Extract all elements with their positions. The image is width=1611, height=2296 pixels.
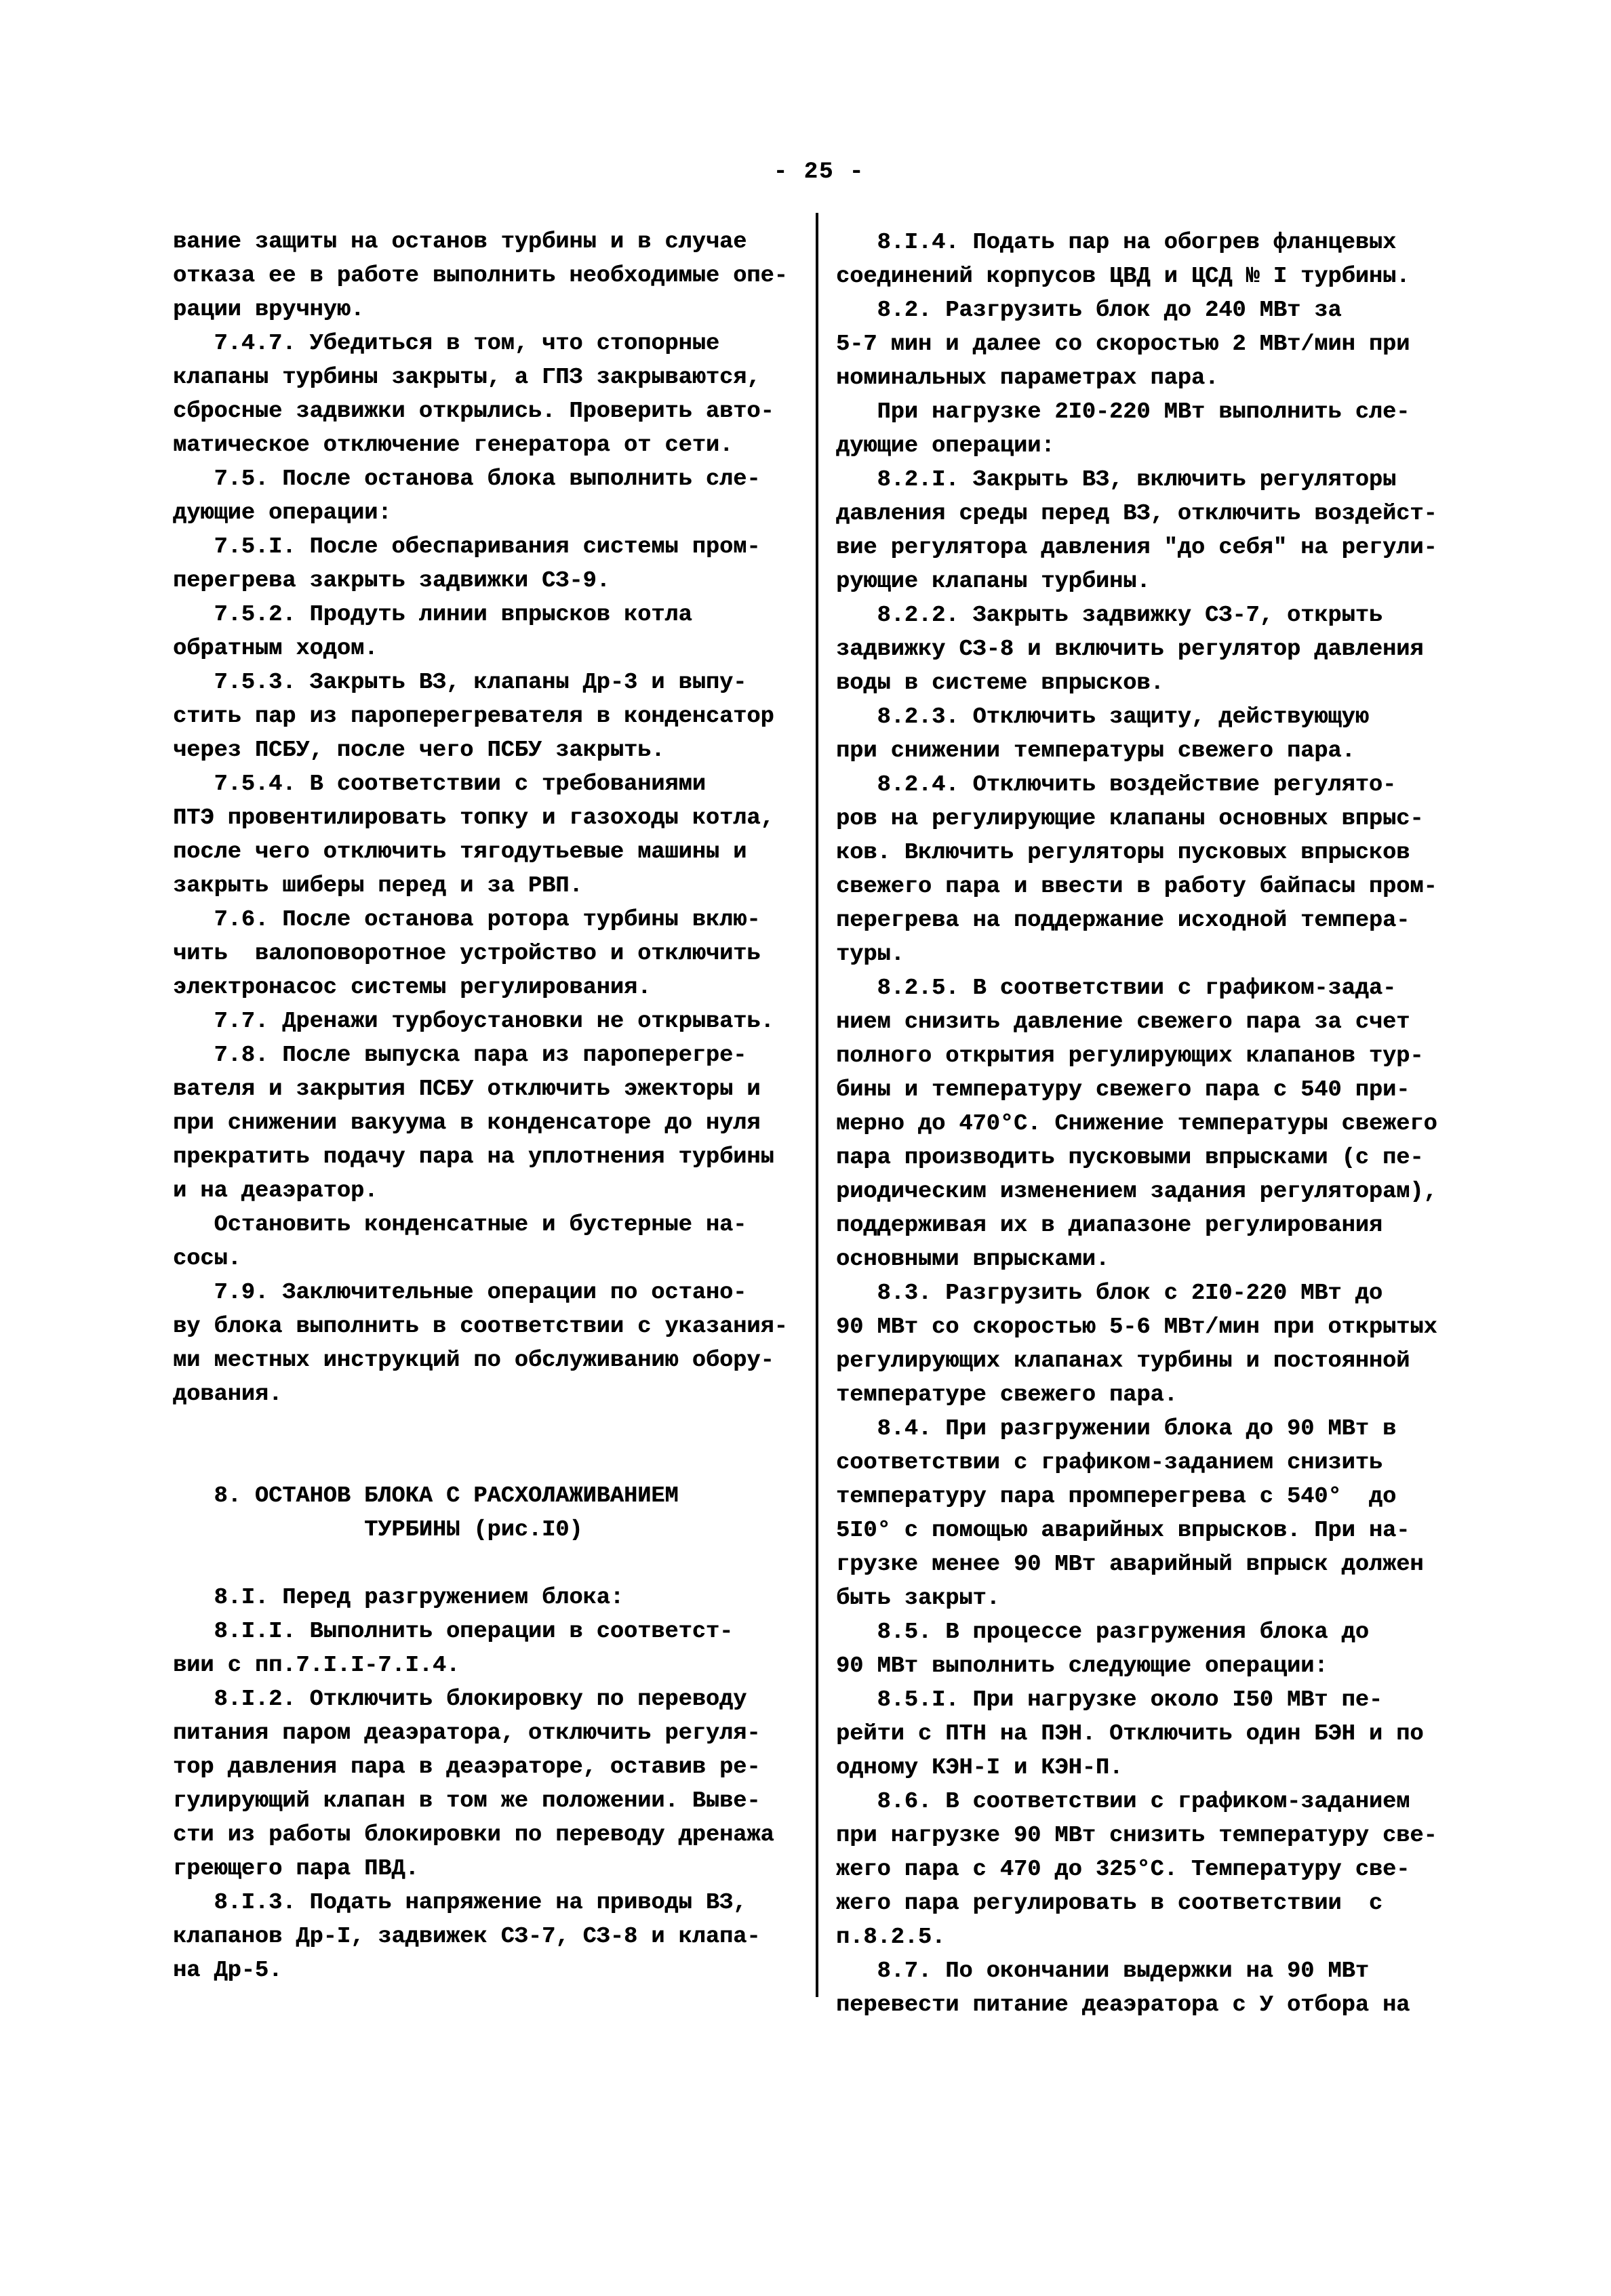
text-line: при снижении температуры свежего пара. <box>836 734 1473 768</box>
text-line: вание защиты на останов турбины и в случ… <box>173 225 810 259</box>
text-line: 8.6. В соответствии с графиком-заданием <box>836 1785 1473 1819</box>
text-line: риодическим изменением задания регулятор… <box>836 1175 1473 1209</box>
text-line: сти из работы блокировки по переводу дре… <box>173 1818 810 1852</box>
text-line: 8.2. Разгрузить блок до 240 МВт за <box>836 294 1473 327</box>
text-line: 8.I.2. Отключить блокировку по переводу <box>173 1683 810 1716</box>
page-number: - 25 - <box>738 159 900 186</box>
text-line: рации вручную. <box>173 293 810 327</box>
text-line: вателя и закрытия ПСБУ отключить эжектор… <box>173 1072 810 1106</box>
text-line: 7.6. После останова ротора турбины вклю- <box>173 903 810 937</box>
text-line: туры. <box>836 938 1473 971</box>
text-line: соответствии с графиком-заданием снизить <box>836 1446 1473 1480</box>
text-line: ми местных инструкций по обслуживанию об… <box>173 1344 810 1377</box>
text-line: 7.5.2. Продуть линии впрысков котла <box>173 598 810 632</box>
text-line: грузке менее 90 МВт аварийный впрыск дол… <box>836 1548 1473 1582</box>
text-line: 8.3. Разгрузить блок с 2I0-220 МВт до <box>836 1276 1473 1310</box>
text-line: 5I0° с помощью аварийных впрысков. При н… <box>836 1514 1473 1548</box>
text-line: Остановить конденсатные и бустерные на- <box>173 1208 810 1242</box>
text-line: быть закрыт. <box>836 1582 1473 1615</box>
text-line: жего пара с 470 до 325°С. Температуру св… <box>836 1853 1473 1887</box>
right-column: 8.I.4. Подать пар на обогрев фланцевыхсо… <box>836 226 1473 2022</box>
text-line: тор давления пара в деаэраторе, оставив … <box>173 1750 810 1784</box>
text-line: 7.5.I. После обеспаривания системы пром- <box>173 530 810 564</box>
text-line: 7.5. После останова блока выполнить сле- <box>173 462 810 496</box>
text-line: 8.2.4. Отключить воздействие регулято- <box>836 768 1473 802</box>
text-line: перегрева закрыть задвижки СЗ-9. <box>173 564 810 598</box>
text-line: соединений корпусов ЦВД и ЦСД № I турбин… <box>836 260 1473 294</box>
column-divider <box>816 213 818 1997</box>
text-line: 8.7. По окончании выдержки на 90 МВт <box>836 1954 1473 1988</box>
text-line <box>173 1445 810 1479</box>
text-line: номинальных параметрах пара. <box>836 361 1473 395</box>
text-line: после чего отключить тягодутьевые машины… <box>173 835 810 869</box>
text-line: стить пар из пароперегревателя в конденс… <box>173 700 810 733</box>
text-line: бины и температуру свежего пара с 540 пр… <box>836 1073 1473 1107</box>
text-line: 7.8. После выпуска пара из пароперегре- <box>173 1039 810 1072</box>
text-line: нием снизить давление свежего пара за сч… <box>836 1005 1473 1039</box>
text-line: сосы. <box>173 1242 810 1276</box>
text-line: давления среды перед ВЗ, отключить возде… <box>836 497 1473 531</box>
text-line: 8.2.3. Отключить защиту, действующую <box>836 700 1473 734</box>
text-line: гулирующий клапан в том же положении. Вы… <box>173 1784 810 1818</box>
text-line: 8.I. Перед разгружением блока: <box>173 1581 810 1615</box>
text-line: температуре свежего пара. <box>836 1378 1473 1412</box>
text-line: вие регулятора давления "до себя" на рег… <box>836 531 1473 565</box>
text-line: через ПСБУ, после чего ПСБУ закрыть. <box>173 733 810 767</box>
text-line: закрыть шиберы перед и за РВП. <box>173 869 810 903</box>
text-line: 5-7 мин и далее со скоростью 2 МВт/мин п… <box>836 327 1473 361</box>
text-line: перевести питание деаэратора с У отбора … <box>836 1988 1473 2022</box>
text-line: отказа ее в работе выполнить необходимые… <box>173 259 810 293</box>
text-line: 8.4. При разгружении блока до 90 МВт в <box>836 1412 1473 1446</box>
text-line: п.8.2.5. <box>836 1920 1473 1954</box>
text-line: сбросные задвижки открылись. Проверить а… <box>173 395 810 428</box>
left-column: вание защиты на останов турбины и в случ… <box>173 225 810 1988</box>
text-line: перегрева на поддержание исходной темпер… <box>836 904 1473 938</box>
text-line: электронасос системы регулирования. <box>173 971 810 1005</box>
text-line: при нагрузке 90 МВт снизить температуру … <box>836 1819 1473 1853</box>
text-line: воды в системе впрысков. <box>836 666 1473 700</box>
text-line: рейти с ПТН на ПЭН. Отключить один БЭН и… <box>836 1717 1473 1751</box>
text-line: полного открытия регулирующих клапанов т… <box>836 1039 1473 1073</box>
text-line: 90 МВт со скоростью 5-6 МВт/мин при откр… <box>836 1310 1473 1344</box>
text-line <box>173 1411 810 1445</box>
text-line: клапаны турбины закрыты, а ГПЗ закрывают… <box>173 361 810 395</box>
text-line: ков. Включить регуляторы пусковых впрыск… <box>836 836 1473 870</box>
text-line: вии с пп.7.I.I-7.I.4. <box>173 1649 810 1683</box>
text-line: рующие клапаны турбины. <box>836 565 1473 599</box>
text-line: на Др-5. <box>173 1954 810 1988</box>
text-line: дования. <box>173 1377 810 1411</box>
text-line: дующие операции: <box>173 496 810 530</box>
text-line: 7.4.7. Убедиться в том, что стопорные <box>173 327 810 361</box>
text-line: дующие операции: <box>836 429 1473 463</box>
text-line: задвижку СЗ-8 и включить регулятор давле… <box>836 632 1473 666</box>
text-line: ТУРБИНЫ (рис.I0) <box>173 1513 810 1547</box>
text-line: свежего пара и ввести в работу байпасы п… <box>836 870 1473 904</box>
text-line: ву блока выполнить в соответствии с указ… <box>173 1310 810 1344</box>
text-line: 7.5.4. В соответствии с требованиями <box>173 767 810 801</box>
text-line: 8. ОСТАНОВ БЛОКА С РАСХОЛАЖИВАНИЕМ <box>173 1479 810 1513</box>
text-line: одному КЭН-I и КЭН-П. <box>836 1751 1473 1785</box>
text-line: мерно до 470°С. Снижение температуры све… <box>836 1107 1473 1141</box>
text-line: и на деаэратор. <box>173 1174 810 1208</box>
text-line: 90 МВт выполнить следующие операции: <box>836 1649 1473 1683</box>
text-line: 8.2.2. Закрыть задвижку СЗ-7, открыть <box>836 599 1473 632</box>
text-line: матическое отключение генератора от сети… <box>173 428 810 462</box>
text-line: 7.7. Дренажи турбоустановки не открывать… <box>173 1005 810 1039</box>
text-line: чить валоповоротное устройство и отключи… <box>173 937 810 971</box>
text-line: ров на регулирующие клапаны основных впр… <box>836 802 1473 836</box>
text-line: при снижении вакуума в конденсаторе до н… <box>173 1106 810 1140</box>
text-line: основными впрысками. <box>836 1243 1473 1276</box>
text-line <box>173 1547 810 1581</box>
text-line: При нагрузке 2I0-220 МВт выполнить сле- <box>836 395 1473 429</box>
text-line: 8.I.3. Подать напряжение на приводы ВЗ, <box>173 1886 810 1920</box>
text-line: пара производить пусковыми впрысками (с … <box>836 1141 1473 1175</box>
text-line: регулирующих клапанах турбины и постоянн… <box>836 1344 1473 1378</box>
text-line: 8.2.I. Закрыть ВЗ, включить регуляторы <box>836 463 1473 497</box>
text-line: 8.2.5. В соответствии с графиком-зада- <box>836 971 1473 1005</box>
text-line: температуру пара промперегрева с 540° до <box>836 1480 1473 1514</box>
scanned-document-page: - 25 - вание защиты на останов турбины и… <box>0 0 1611 2296</box>
text-line: обратным ходом. <box>173 632 810 666</box>
text-line: питания паром деаэратора, отключить регу… <box>173 1716 810 1750</box>
text-line: жего пара регулировать в соответствии с <box>836 1887 1473 1920</box>
text-line: 7.9. Заключительные операции по остано- <box>173 1276 810 1310</box>
text-line: греющего пара ПВД. <box>173 1852 810 1886</box>
text-line: ПТЭ провентилировать топку и газоходы ко… <box>173 801 810 835</box>
text-line: клапанов Др-I, задвижек СЗ-7, СЗ-8 и кла… <box>173 1920 810 1954</box>
text-line: 8.5. В процессе разгружения блока до <box>836 1615 1473 1649</box>
text-line: 8.I.I. Выполнить операции в соответст- <box>173 1615 810 1649</box>
text-line: 7.5.3. Закрыть ВЗ, клапаны Др-3 и выпу- <box>173 666 810 700</box>
text-line: поддерживая их в диапазоне регулирования <box>836 1209 1473 1243</box>
text-line: 8.5.I. При нагрузке около I50 МВт пе- <box>836 1683 1473 1717</box>
text-line: 8.I.4. Подать пар на обогрев фланцевых <box>836 226 1473 260</box>
text-line: прекратить подачу пара на уплотнения тур… <box>173 1140 810 1174</box>
